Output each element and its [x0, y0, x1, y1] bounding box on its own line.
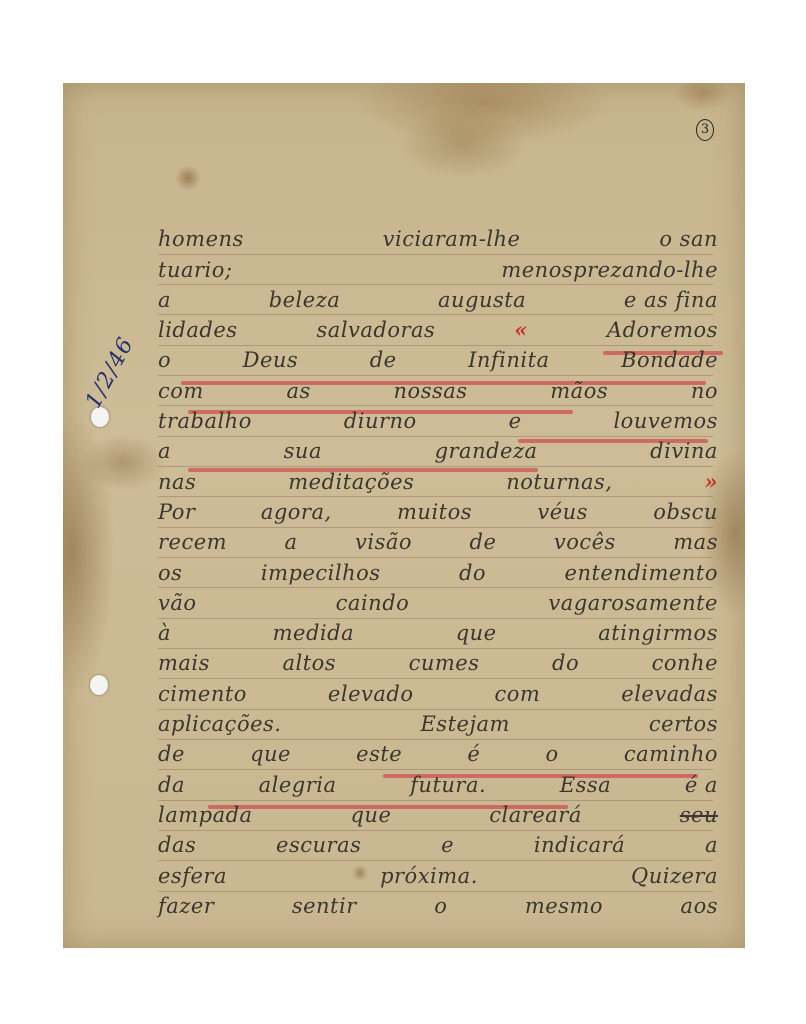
word: aos [681, 894, 718, 920]
word: futura. [410, 773, 486, 799]
word: conhe [652, 651, 718, 677]
word: medida [273, 621, 354, 647]
close-quote-mark: » [704, 469, 718, 496]
word: homens [158, 227, 244, 253]
word: da [158, 773, 185, 799]
word: obscu [653, 500, 718, 526]
text-line: das escuras e indicará a [158, 829, 718, 859]
word: a [705, 833, 718, 859]
word: mas [673, 530, 718, 556]
word: com [494, 682, 540, 708]
word: impecilhos [261, 561, 381, 587]
word: salvadoras [317, 318, 436, 344]
word: caindo [336, 591, 410, 617]
text-line: aplicações. Estejam certos [158, 708, 718, 738]
word: vagarosamente [548, 591, 718, 617]
word: e [441, 833, 454, 859]
word: menosprezando-lhe [501, 258, 718, 284]
word: cumes [409, 651, 480, 677]
word: elevadas [621, 682, 718, 708]
word: de [470, 530, 497, 556]
word: altos [282, 651, 336, 677]
text-line: o Deus de Infinita Bondade [158, 344, 718, 374]
word: mais [158, 651, 210, 677]
word: seu [680, 803, 718, 829]
word: atingirmos [598, 621, 718, 647]
text-line: de que este é o caminho [158, 738, 718, 768]
word: é [467, 742, 480, 768]
word: certos [649, 712, 718, 738]
word: véus [537, 500, 588, 526]
text-line: lampada que clareará seu [158, 799, 718, 829]
text-line: à medida que atingirmos [158, 617, 718, 647]
word: clareará [489, 803, 582, 829]
word: Por [158, 500, 195, 526]
word: Bondade [621, 348, 718, 374]
word: a [285, 530, 298, 556]
word: e as fina [624, 288, 718, 314]
word: Adoremos [607, 318, 718, 344]
word: beleza [269, 288, 341, 314]
text-line: fazer sentir o mesmo aos [158, 890, 718, 920]
word: lidades [158, 318, 238, 344]
word: com [158, 379, 204, 405]
word: cimento [158, 682, 247, 708]
punch-hole-bottom [90, 675, 108, 695]
text-line: cimento elevado com elevadas [158, 677, 718, 707]
word: próxima. [380, 864, 478, 890]
text-line: vão caindo vagarosamente [158, 587, 718, 617]
word: augusta [438, 288, 526, 314]
text-line: nas meditações noturnas, » [158, 465, 718, 495]
word: no [691, 379, 718, 405]
text-line: os impecilhos do entendimento [158, 556, 718, 586]
text-line: a sua grandeza divina [158, 435, 718, 465]
word: a [158, 439, 171, 465]
word: mesmo [525, 894, 603, 920]
word: noturnas, [506, 470, 612, 496]
word: alegria [259, 773, 337, 799]
word: meditações [288, 470, 414, 496]
word: o [546, 742, 559, 768]
word: nas [158, 470, 196, 496]
word: do [552, 651, 579, 677]
text-line: mais altos cumes do conhe [158, 647, 718, 677]
word: visão [355, 530, 412, 556]
word: das [158, 833, 196, 859]
word: do [459, 561, 486, 587]
word: as [287, 379, 311, 405]
word: de [158, 742, 185, 768]
word: agora, [261, 500, 332, 526]
word: escuras [276, 833, 361, 859]
word: trabalho [158, 409, 252, 435]
word: sentir [292, 894, 357, 920]
word: que [456, 621, 497, 647]
word: vão [158, 591, 197, 617]
word: indicará [534, 833, 625, 859]
word: entendimento [565, 561, 718, 587]
open-quote-mark: « [514, 317, 528, 344]
page-number: 3 [696, 119, 714, 141]
word: o [434, 894, 447, 920]
word: Quizera [631, 864, 718, 890]
word: aplicações. [158, 712, 281, 738]
text-line: com as nossas mãos no [158, 374, 718, 404]
word: viciaram-lhe [383, 227, 521, 253]
word: Essa [560, 773, 611, 799]
word: muitos [397, 500, 472, 526]
word: mãos [550, 379, 608, 405]
word: caminho [624, 742, 718, 768]
text-line: da alegria futura. Essa é a [158, 768, 718, 798]
word: que [350, 803, 391, 829]
word: nossas [394, 379, 468, 405]
word: louvemos [613, 409, 718, 435]
text-line: trabalho diurno e louvemos [158, 405, 718, 435]
word: fazer [158, 894, 214, 920]
text-line: Por agora, muitos véus obscu [158, 496, 718, 526]
word: de [370, 348, 397, 374]
manuscript-page: 3 1/2/46 homens viciaram-lhe o san tuari… [63, 83, 745, 948]
word: que [250, 742, 291, 768]
word: os [158, 561, 182, 587]
text-line: recem a visão de vocês mas [158, 526, 718, 556]
word: recem [158, 530, 227, 556]
word: tuario; [158, 258, 232, 284]
word: lampada [158, 803, 253, 829]
text-line: tuario; menosprezando-lhe [158, 253, 718, 283]
word: Infinita [468, 348, 550, 374]
handwritten-text-body: homens viciaram-lhe o san tuario; menosp… [158, 223, 718, 920]
word: a [158, 288, 171, 314]
text-line: homens viciaram-lhe o san [158, 223, 718, 253]
word: elevado [328, 682, 414, 708]
word: é a [685, 773, 718, 799]
word: e [509, 409, 522, 435]
word: o san [659, 227, 718, 253]
word: o [158, 348, 171, 374]
word: sua [284, 439, 322, 465]
word: diurno [344, 409, 417, 435]
text-line: lidades salvadoras « Adoremos [158, 314, 718, 344]
word: vocês [554, 530, 616, 556]
text-line: a beleza augusta e as fina [158, 284, 718, 314]
word: Deus [243, 348, 299, 374]
word: este [356, 742, 402, 768]
word: esfera [158, 864, 227, 890]
word: à [158, 621, 171, 647]
text-line: esfera próxima. Quizera [158, 859, 718, 889]
word: Estejam [420, 712, 509, 738]
word: divina [650, 439, 718, 465]
margin-date-note: 1/2/46 [81, 333, 139, 413]
word: grandeza [435, 439, 538, 465]
